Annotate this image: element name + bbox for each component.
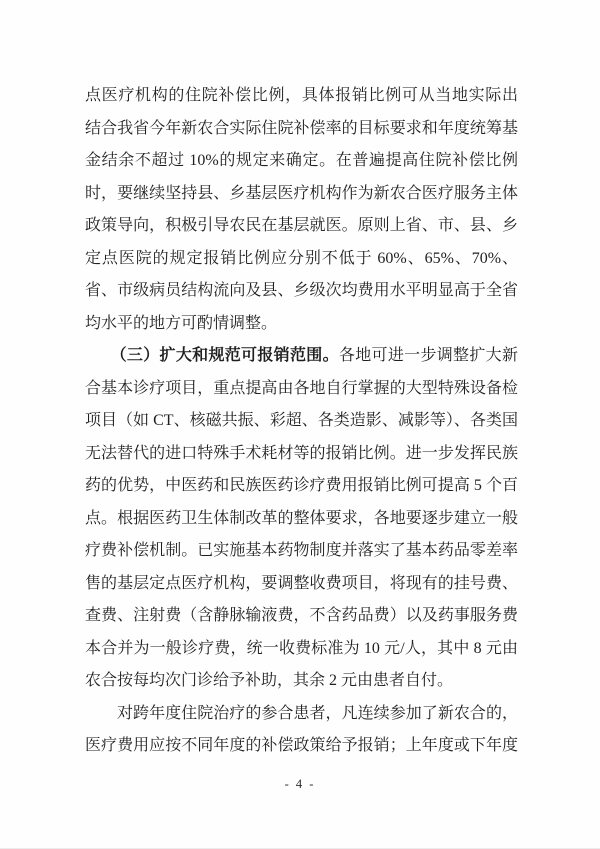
document-line: 无法替代的进口特殊手术耗材等的报销比例。进一步发挥民族医 bbox=[85, 438, 518, 471]
document-line: 政策导向，积极引导农民在基层就医。原则上省、市、县、乡级 bbox=[85, 210, 518, 243]
document-line: 本合并为一般诊疗费，统一收费标准为 10 元/人，其中 8 元由新 bbox=[85, 633, 518, 666]
document-body: 点医疗机构的住院补偿比例，具体报销比例可从当地实际出发， 结合我省今年新农合实际… bbox=[85, 80, 518, 763]
document-line: （三）扩大和规范可报销范围。各地可进一步调整扩大新农 bbox=[85, 340, 518, 373]
document-line: 点医疗机构的住院补偿比例，具体报销比例可从当地实际出发， bbox=[85, 80, 518, 113]
document-page: 点医疗机构的住院补偿比例，具体报销比例可从当地实际出发， 结合我省今年新农合实际… bbox=[0, 0, 600, 849]
document-line: 疗费补偿机制。已实施基本药物制度并落实了基本药品零差率销 bbox=[85, 535, 518, 568]
document-line: 合基本诊疗项目，重点提高由各地自行掌握的大型特殊设备检查 bbox=[85, 373, 518, 406]
document-line: 药的优势，中医药和民族医药诊疗费用报销比例可提高 5 个百分 bbox=[85, 470, 518, 503]
document-line: 医疗费用应按不同年度的补偿政策给予报销；上年度或下年度中 bbox=[85, 730, 518, 763]
document-line: 对跨年度住院治疗的参合患者，凡连续参加了新农合的，其 bbox=[85, 698, 518, 731]
document-line: 结合我省今年新农合实际住院补偿率的目标要求和年度统筹基 bbox=[85, 113, 518, 146]
document-line: 查费、注射费（含静脉输液费，不含药品费）以及药事服务费成 bbox=[85, 600, 518, 633]
document-line: 时，要继续坚持县、乡基层医疗机构作为新农合医疗服务主体的 bbox=[85, 178, 518, 211]
document-line: 定点医院的规定报销比例应分别不低于 60%、65%、70%、85%。 bbox=[85, 243, 518, 276]
document-line: 省、市级病员结构流向及县、乡级次均费用水平明显高于全省平 bbox=[85, 275, 518, 308]
document-line: 项目（如 CT、核磁共振、彩超、各类造影、减影等）、各类国产 bbox=[85, 405, 518, 438]
document-line: 点。根据医药卫生体制改革的整体要求，各地要逐步建立一般诊 bbox=[85, 503, 518, 536]
section-heading: （三）扩大和规范可报销范围。 bbox=[111, 347, 339, 364]
page-number: - 4 - bbox=[0, 777, 600, 792]
document-line: 农合按每均次门诊给予补助，其余 2 元由患者自付。 bbox=[85, 665, 518, 698]
document-line: 售的基层定点医疗机构，要调整收费项目，将现有的挂号费、诊 bbox=[85, 568, 518, 601]
document-line: 金结余不超过 10%的规定来确定。在普遍提高住院补偿比例的同 bbox=[85, 145, 518, 178]
document-line: 均水平的地方可酌情调整。 bbox=[85, 308, 518, 341]
